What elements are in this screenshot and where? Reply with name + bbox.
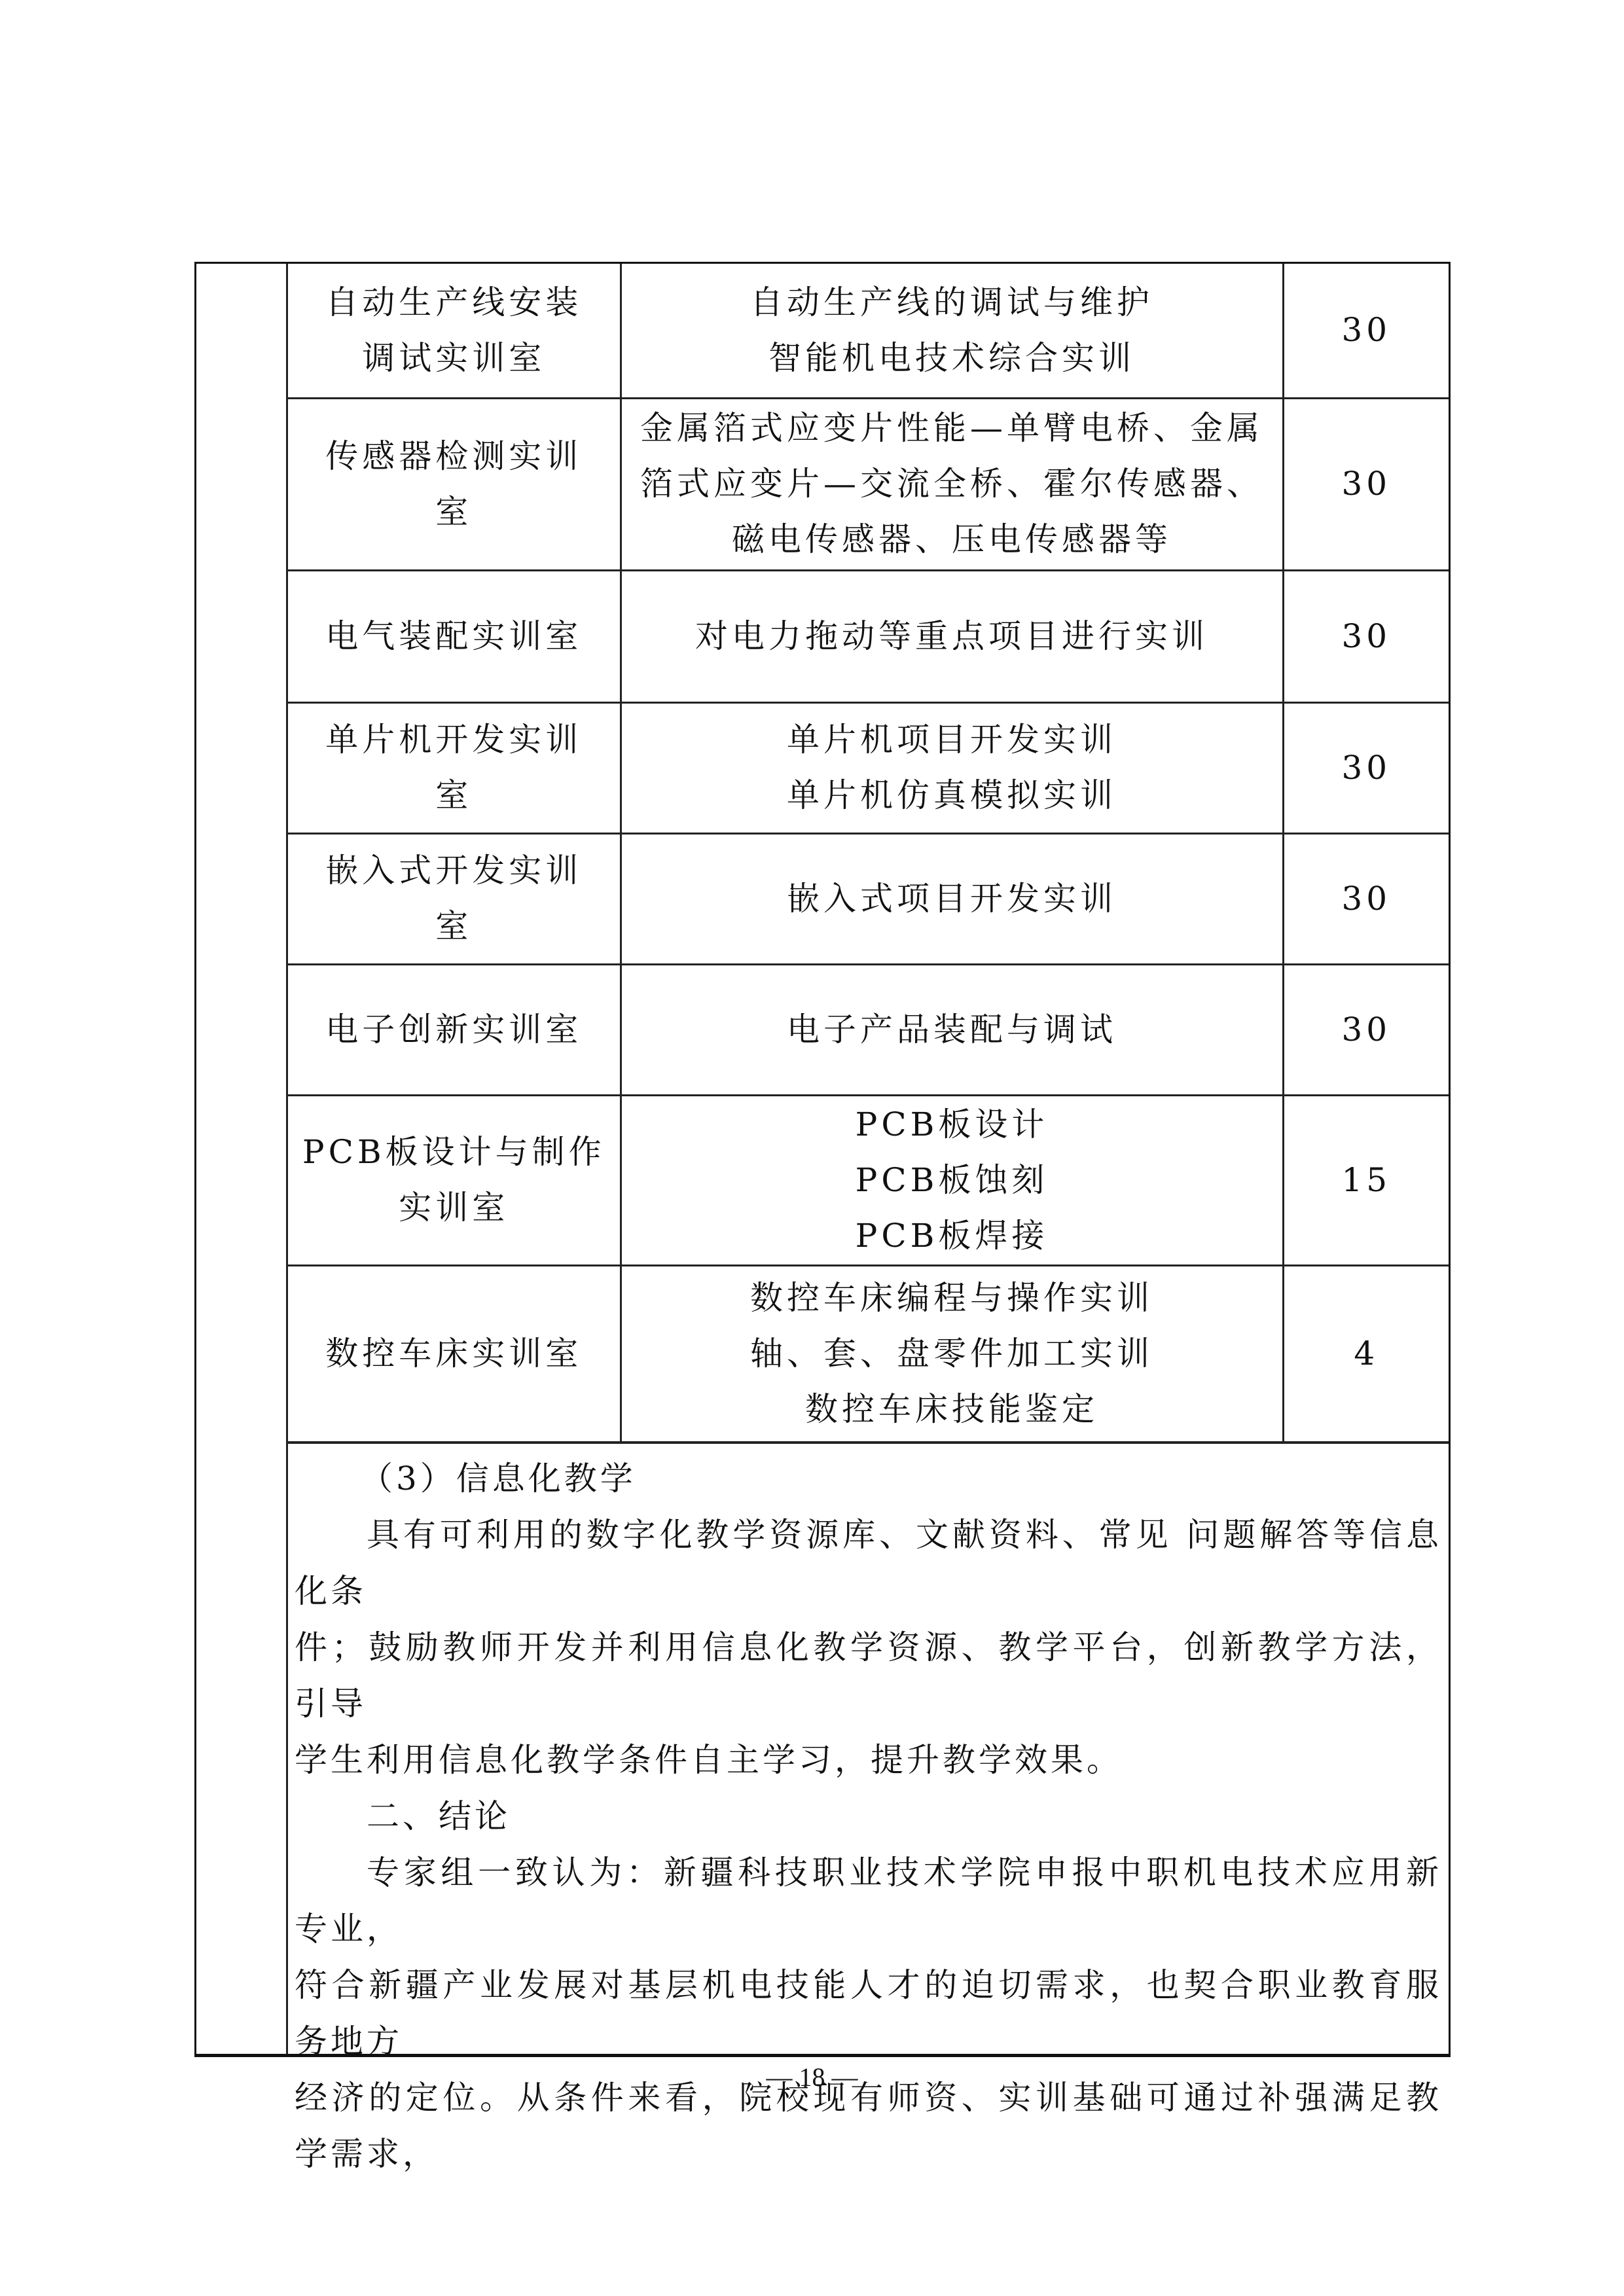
training-item-line: 嵌入式项目开发实训 [622,871,1282,927]
training-item-line: 单片机仿真模拟实训 [622,768,1282,823]
text-section: （3）信息化教学 具有可利用的数字化教学资源库、文献资料、常见 问题解答等信息化… [288,1442,1449,2054]
room-name-line: 电气装配实训室 [288,609,620,664]
capacity-cell: 15 [1283,1095,1449,1265]
room-name-line: 调试实训室 [288,331,620,386]
room-name-cell: 单片机开发实训室 [288,702,621,833]
capacity-cell: 30 [1283,264,1449,398]
training-item-line: 电子产品装配与调试 [622,1002,1282,1058]
paragraph-line: 件；鼓励教师开发并利用信息化教学资源、教学平台，创新教学方法， 引导 [295,1619,1442,1732]
capacity-cell: 30 [1283,833,1449,964]
table-row: 嵌入式开发实训室嵌入式项目开发实训30 [288,833,1449,964]
training-item-line: 数控车床技能鉴定 [622,1382,1282,1437]
room-name-line: 电子创新实训室 [288,1002,620,1058]
training-item-line: 磁电传感器、压电传感器等 [622,512,1282,567]
capacity-cell: 4 [1283,1265,1449,1442]
room-name-line: 室 [288,484,620,540]
capacity-cell: 30 [1283,964,1449,1095]
training-items-cell: 数控车床编程与操作实训轴、套、盘零件加工实训数控车床技能鉴定 [621,1265,1283,1442]
paragraph-line: 符合新疆产业发展对基层机电技能人才的迫切需求，也契合职业教育服务地方 [295,1957,1442,2070]
training-item-line: 箔式应变片—交流全桥、霍尔传感器、 [622,456,1282,512]
paragraph-line: 专家组一致认为：新疆科技职业技术学院申报中职机电技术应用新专业， [295,1844,1442,1957]
training-item-line: PCB板焊接 [622,1208,1282,1264]
training-item-line: PCB板蚀刻 [622,1153,1282,1208]
training-item-line: 对电力拖动等重点项目进行实训 [622,609,1282,664]
training-items-cell: 自动生产线的调试与维护智能机电技术综合实训 [621,264,1283,398]
training-item-line: 数控车床编程与操作实训 [622,1270,1282,1326]
room-name-line: 室 [288,899,620,954]
training-items-cell: 对电力拖动等重点项目进行实训 [621,570,1283,702]
paragraph-line: 具有可利用的数字化教学资源库、文献资料、常见 问题解答等信息化条 [295,1507,1442,1619]
page-number: — 18 — [0,2062,1624,2092]
room-name-line: 实训室 [288,1180,620,1236]
table-row: 单片机开发实训室单片机项目开发实训单片机仿真模拟实训30 [288,702,1449,833]
room-name-cell: 电气装配实训室 [288,570,621,702]
paragraph-line: 学生利用信息化教学条件自主学习，提升教学效果。 [295,1732,1442,1788]
table-row: PCB板设计与制作实训室PCB板设计PCB板蚀刻PCB板焊接15 [288,1095,1449,1265]
room-name-line: 自动生产线安装 [288,275,620,331]
training-item-line: 金属箔式应变片性能—单臂电桥、金属 [622,401,1282,456]
table-row: 电气装配实训室对电力拖动等重点项目进行实训30 [288,570,1449,702]
capacity-cell: 30 [1283,702,1449,833]
room-name-cell: 数控车床实训室 [288,1265,621,1442]
room-name-line: 传感器检测实训 [288,429,620,484]
room-name-cell: 电子创新实训室 [288,964,621,1095]
room-name-cell: 传感器检测实训室 [288,398,621,570]
capacity-cell: 30 [1283,398,1449,570]
training-item-line: 轴、套、盘零件加工实训 [622,1326,1282,1382]
training-item-line: PCB板设计 [622,1097,1282,1153]
room-name-cell: PCB板设计与制作实训室 [288,1095,621,1265]
table-row: 自动生产线安装调试实训室自动生产线的调试与维护智能机电技术综合实训30 [288,264,1449,398]
left-label-column [196,264,288,2054]
training-item-line: 自动生产线的调试与维护 [622,275,1282,331]
training-rooms-table: 自动生产线安装调试实训室自动生产线的调试与维护智能机电技术综合实训30传感器检测… [288,264,1449,1443]
training-items-cell: 嵌入式项目开发实训 [621,833,1283,964]
room-name-line: 室 [288,768,620,823]
room-name-cell: 自动生产线安装调试实训室 [288,264,621,398]
capacity-cell: 30 [1283,570,1449,702]
training-item-line: 智能机电技术综合实训 [622,331,1282,386]
outer-table: 自动生产线安装调试实训室自动生产线的调试与维护智能机电技术综合实训30传感器检测… [194,262,1451,2057]
table-row: 电子创新实训室电子产品装配与调试30 [288,964,1449,1095]
training-items-cell: PCB板设计PCB板蚀刻PCB板焊接 [621,1095,1283,1265]
room-name-line: 数控车床实训室 [288,1326,620,1382]
document-page: 自动生产线安装调试实训室自动生产线的调试与维护智能机电技术综合实训30传感器检测… [0,0,1624,2296]
training-item-line: 单片机项目开发实训 [622,712,1282,768]
table-row: 数控车床实训室数控车床编程与操作实训轴、套、盘零件加工实训数控车床技能鉴定4 [288,1265,1449,1442]
conclusion-heading: 二、结论 [295,1788,1442,1844]
training-items-cell: 金属箔式应变片性能—单臂电桥、金属箔式应变片—交流全桥、霍尔传感器、磁电传感器、… [621,398,1283,570]
training-items-cell: 单片机项目开发实训单片机仿真模拟实训 [621,702,1283,833]
inner-content: 自动生产线安装调试实训室自动生产线的调试与维护智能机电技术综合实训30传感器检测… [288,264,1449,2054]
room-name-line: 单片机开发实训 [288,712,620,768]
training-items-cell: 电子产品装配与调试 [621,964,1283,1095]
section-heading: （3）信息化教学 [295,1450,1442,1507]
room-name-cell: 嵌入式开发实训室 [288,833,621,964]
room-name-line: 嵌入式开发实训 [288,843,620,899]
room-name-line: PCB板设计与制作 [288,1124,620,1180]
table-row: 传感器检测实训室金属箔式应变片性能—单臂电桥、金属箔式应变片—交流全桥、霍尔传感… [288,398,1449,570]
